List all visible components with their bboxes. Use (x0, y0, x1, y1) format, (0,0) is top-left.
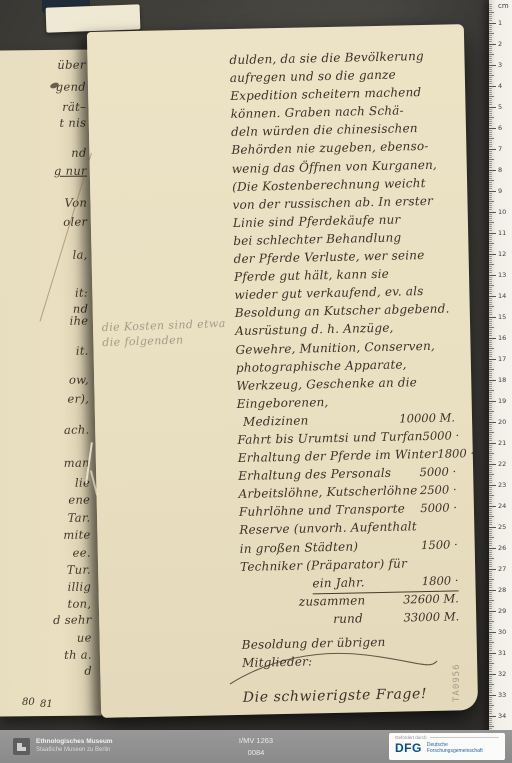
ruler-mm-tick (489, 352, 492, 353)
ruler-cm-tick (489, 44, 496, 45)
ruler-half-cm-tick (489, 453, 494, 454)
dfg-abbreviation: DFG (395, 741, 422, 755)
ruler-mm-tick (489, 10, 492, 11)
ruler-half-cm-tick (489, 411, 494, 412)
ruler-mm-tick (489, 671, 492, 672)
ruler-mm-tick (489, 29, 492, 30)
ruler-half-cm-tick (489, 327, 494, 328)
left-page-fragment: it: (75, 286, 88, 300)
ruler-mm-tick (489, 592, 492, 593)
ruler-mm-tick (489, 272, 492, 273)
ruler-mm-tick (489, 350, 492, 351)
ruler-mm-tick (489, 281, 492, 282)
ruler-mm-tick (489, 363, 492, 364)
manuscript-line-text: photographische Apparate, (236, 357, 407, 375)
ruler-mm-tick (489, 262, 492, 263)
ruler-mm-tick (489, 235, 492, 236)
ruler-mm-tick (489, 449, 492, 450)
ruler-cm-tick (489, 296, 496, 297)
ruler-mm-tick (489, 279, 492, 280)
ruler-half-cm-tick (489, 432, 494, 433)
ruler-cm-tick (489, 275, 496, 276)
ruler-mm-tick (489, 83, 492, 84)
manuscript-line-text: rund (333, 611, 363, 626)
ruler-cm-label: 24 (498, 502, 506, 510)
ruler-mm-tick (489, 619, 492, 620)
ruler-cm-label: 16 (498, 334, 506, 342)
ruler-mm-tick (489, 354, 492, 355)
ruler-mm-tick (489, 707, 492, 708)
manuscript-line-text: Erhaltung der Pferde im Winter (238, 447, 438, 465)
ruler-cm-tick (489, 485, 496, 486)
ruler-mm-tick (489, 686, 492, 687)
manuscript-line-text: Eingeborenen, (237, 395, 329, 411)
ruler-half-cm-tick (489, 54, 494, 55)
ruler-mm-tick (489, 667, 492, 668)
ruler-mm-tick (489, 470, 492, 471)
ruler-mm-tick (489, 123, 492, 124)
archive-stamp: TA0956 (452, 663, 462, 702)
ruler-mm-tick (489, 581, 492, 582)
left-page-fragment: d (84, 664, 92, 678)
manuscript-line-amount: 1800 · (437, 446, 474, 461)
ruler-mm-tick (489, 564, 492, 565)
ruler-mm-tick (489, 615, 492, 616)
funder-divider (430, 737, 499, 738)
ruler-mm-tick (489, 644, 492, 645)
ruler-mm-tick (489, 713, 492, 714)
ruler-cm-label: 29 (498, 607, 506, 615)
ruler-mm-tick (489, 56, 492, 57)
ruler-mm-tick (489, 71, 492, 72)
left-page-fragment: la, (72, 248, 87, 262)
ruler-mm-tick (489, 230, 492, 231)
ruler-cm-tick (489, 254, 496, 255)
manuscript-line-text: bei schlechter Behandlung (233, 230, 401, 248)
ruler-mm-tick (489, 77, 492, 78)
ruler-mm-tick (489, 640, 492, 641)
manuscript-line-amount: 5000 · (420, 501, 457, 516)
ruler-half-cm-tick (489, 663, 494, 664)
ruler-mm-tick (489, 16, 492, 17)
ruler-mm-tick (489, 457, 492, 458)
manuscript-line-text: dulden, da sie die Bevölkerung (229, 49, 424, 67)
ruler-mm-tick (489, 669, 492, 670)
left-page-fragment: gend (56, 80, 86, 94)
manuscript-line-text: Linie sind Pferdekäufe nur (233, 212, 401, 230)
ruler-cm-tick (489, 632, 496, 633)
ruler-mm-tick (489, 314, 492, 315)
ruler-cm-tick (489, 422, 496, 423)
left-page-fragment: ow, (69, 373, 89, 387)
ruler-mm-tick (489, 697, 492, 698)
ruler-mm-tick (489, 487, 492, 488)
ruler-mm-tick (489, 100, 492, 101)
ruler-mm-tick (489, 207, 492, 208)
ruler-mm-tick (489, 226, 492, 227)
ruler-mm-tick (489, 39, 492, 40)
manuscript-line-amount: 1800 · (422, 573, 459, 588)
ruler-cm-tick (489, 338, 496, 339)
ruler-mm-tick (489, 613, 492, 614)
ruler-mm-tick (489, 178, 492, 179)
manuscript-line-text: Techniker (Präparator) für (240, 556, 407, 573)
manuscript-line-text: wieder gut verkaufend, ev. als (234, 284, 423, 302)
manuscript-line-text: (Die Kostenberechnung weicht (232, 176, 426, 194)
ruler-half-cm-tick (489, 159, 494, 160)
left-page-fragment: g nur (54, 164, 87, 178)
ruler-mm-tick (489, 617, 492, 618)
ruler-mm-tick (489, 199, 492, 200)
ruler-mm-tick (489, 325, 492, 326)
left-page-fragment: über (57, 58, 85, 72)
ruler-mm-tick (489, 69, 492, 70)
ruler-mm-tick (489, 329, 492, 330)
ruler-mm-tick (489, 323, 492, 324)
ruler-mm-tick (489, 304, 492, 305)
ruler-mm-tick (489, 497, 492, 498)
manuscript-line-text: Fahrt bis Urumtsi und Turfan (237, 429, 422, 447)
ruler-cm-label: 4 (498, 82, 502, 90)
ruler-mm-tick (489, 136, 492, 137)
ruler-mm-tick (489, 260, 492, 261)
ruler-cm-tick (489, 149, 496, 150)
ruler-mm-tick (489, 6, 492, 7)
ruler-mm-tick (489, 321, 492, 322)
ruler-mm-tick (489, 268, 492, 269)
ruler-mm-tick (489, 35, 492, 36)
ruler-mm-tick (489, 426, 492, 427)
ruler-mm-tick (489, 480, 492, 481)
ruler-mm-tick (489, 699, 492, 700)
ruler-mm-tick (489, 556, 492, 557)
ruler-mm-tick (489, 629, 492, 630)
ruler-mm-tick (489, 608, 492, 609)
ruler-mm-tick (489, 472, 492, 473)
left-page-fragment: oler (63, 215, 87, 229)
ruler-mm-tick (489, 367, 492, 368)
manuscript-line-text: ein Jahr. (312, 575, 365, 590)
ruler-mm-tick (489, 566, 492, 567)
ruler-mm-tick (489, 476, 492, 477)
manuscript-line-text: von der russischen ab. In erster (232, 194, 433, 212)
ruler-mm-tick (489, 239, 492, 240)
ruler-mm-tick (489, 331, 492, 332)
ruler-half-cm-tick (489, 222, 494, 223)
ruler-mm-tick (489, 692, 492, 693)
ruler-mm-tick (489, 596, 492, 597)
ruler-half-cm-tick (489, 537, 494, 538)
manuscript-line-amount: 2500 · (420, 483, 457, 498)
ruler-cm-tick (489, 128, 496, 129)
ruler-cm-tick (489, 716, 496, 717)
ruler-mm-tick (489, 134, 492, 135)
ruler-mm-tick (489, 153, 492, 154)
ruler-mm-tick (489, 308, 492, 309)
ruler-mm-tick (489, 92, 492, 93)
ruler-cm-tick (489, 380, 496, 381)
ruler-mm-tick (489, 256, 492, 257)
ruler-cm-tick (489, 317, 496, 318)
manuscript-line-text: in großen Städten) (240, 539, 359, 555)
ruler-mm-tick (489, 407, 492, 408)
left-page-fragment: mite (63, 528, 90, 542)
ruler-mm-tick (489, 155, 492, 156)
scan-page-number: 0084 (239, 747, 273, 758)
ruler-cm-label: 3 (498, 61, 502, 69)
ruler-mm-tick (489, 688, 492, 689)
ruler-mm-tick (489, 186, 492, 187)
left-page-fragment: Tur. (67, 563, 91, 577)
ruler-mm-tick (489, 132, 492, 133)
ruler-mm-tick (489, 514, 492, 515)
ruler-mm-tick (489, 512, 492, 513)
ruler-mm-tick (489, 701, 492, 702)
ruler-mm-tick (489, 594, 492, 595)
ruler-mm-tick (489, 228, 492, 229)
left-page-fragment: d sehr (53, 613, 92, 627)
ruler-mm-tick (489, 531, 492, 532)
museum-subtitle: Staatliche Museen zu Berlin (36, 747, 113, 755)
ruler-mm-tick (489, 560, 492, 561)
ruler-cm-label: 11 (498, 229, 506, 237)
ruler-mm-tick (489, 466, 492, 467)
ruler-mm-tick (489, 722, 492, 723)
ruler-mm-tick (489, 289, 492, 290)
left-page-fragment: t nis (59, 116, 86, 130)
museum-branding: Ethnologisches Museum Staatliche Museen … (13, 738, 113, 755)
ruler-mm-tick (489, 398, 492, 399)
ruler-mm-tick (489, 491, 492, 492)
ruler-mm-tick (489, 598, 492, 599)
manuscript-line-text: wenig das Öffnen von Kurganen, (232, 157, 438, 175)
ruler-cm-tick (489, 653, 496, 654)
ruler-mm-tick (489, 409, 492, 410)
ruler-cm-tick (489, 674, 496, 675)
manuscript-line-amount: 33000 M. (403, 609, 459, 624)
ruler-mm-tick (489, 655, 492, 656)
ruler-mm-tick (489, 67, 492, 68)
ruler-mm-tick (489, 50, 492, 51)
ruler-mm-tick (489, 209, 492, 210)
ruler-cm-label: 23 (498, 481, 506, 489)
manuscript-text: dulden, da sie die Bevölkerungaufregen u… (229, 48, 461, 708)
ruler-mm-tick (489, 81, 492, 82)
ruler-mm-tick (489, 161, 492, 162)
ruler-mm-tick (489, 518, 492, 519)
ruler-cm-label: 7 (498, 145, 502, 153)
ruler-cm-tick (489, 527, 496, 528)
manuscript-line-text: Medizinen (243, 413, 309, 428)
ruler-mm-tick (489, 625, 492, 626)
ruler-mm-tick (489, 419, 492, 420)
left-page-fragment: er), (67, 392, 89, 406)
ruler-mm-tick (489, 121, 492, 122)
manuscript-line-text: Behörden nie zugeben, ebenso- (231, 139, 428, 157)
ruler-mm-tick (489, 88, 492, 89)
ruler-cm-label: 12 (498, 250, 506, 258)
paper-tab (46, 4, 141, 32)
ruler-mm-tick (489, 386, 492, 387)
ruler-mm-tick (489, 583, 492, 584)
ruler-mm-tick (489, 585, 492, 586)
ruler-mm-tick (489, 333, 492, 334)
ruler-mm-tick (489, 424, 492, 425)
manuscript-line-text: Ausrüstung d. h. Anzüge, (235, 321, 394, 338)
manuscript-line-text: deln würden die chinesischen (231, 121, 418, 139)
left-page-fragment: ach. (64, 423, 90, 437)
ruler-mm-tick (489, 493, 492, 494)
manuscript-line-text: der Pferde Verluste, wer seine (233, 248, 424, 266)
ruler-cm-tick (489, 191, 496, 192)
ruler-mm-tick (489, 344, 492, 345)
ruler-mm-tick (489, 8, 492, 9)
ruler-mm-tick (489, 638, 492, 639)
ruler-mm-tick (489, 90, 492, 91)
ruler-mm-tick (489, 661, 492, 662)
ruler-mm-tick (489, 247, 492, 248)
ruler-mm-tick (489, 4, 492, 5)
ruler-mm-tick (489, 436, 492, 437)
ruler-cm-label: 32 (498, 670, 506, 678)
ruler-mm-tick (489, 224, 492, 225)
ruler-mm-tick (489, 241, 492, 242)
manuscript-line-amount: 10000 M. (399, 410, 455, 425)
ruler-mm-tick (489, 182, 492, 183)
ruler-mm-tick (489, 109, 492, 110)
ruler-mm-tick (489, 508, 492, 509)
ruler-mm-tick (489, 396, 492, 397)
ruler-cm-tick (489, 548, 496, 549)
ruler-cm-label: 25 (498, 523, 506, 531)
ruler-mm-tick (489, 216, 492, 217)
ruler-mm-tick (489, 361, 492, 362)
ruler-mm-tick (489, 283, 492, 284)
ruler-mm-tick (489, 104, 492, 105)
manuscript-line-text: Reserve (unvorh. Aufenthalt (239, 520, 417, 538)
ruler-mm-tick (489, 529, 492, 530)
ruler-mm-tick (489, 552, 492, 553)
ruler-mm-tick (489, 430, 492, 431)
ruler-mm-tick (489, 489, 492, 490)
manuscript-line-text: Pferde gut hält, kann sie (234, 267, 389, 284)
ruler-mm-tick (489, 125, 492, 126)
ruler-mm-tick (489, 140, 492, 141)
ruler-half-cm-tick (489, 495, 494, 496)
ruler-mm-tick (489, 659, 492, 660)
ruler-mm-tick (489, 648, 492, 649)
ruler-mm-tick (489, 665, 492, 666)
ruler-unit-label: cm (498, 2, 509, 10)
manuscript-line-text: Gewehre, Munition, Conserven, (235, 338, 435, 356)
ruler-mm-tick (489, 377, 492, 378)
ruler-mm-tick (489, 119, 492, 120)
ruler-mm-tick (489, 627, 492, 628)
ruler-mm-tick (489, 142, 492, 143)
ruler-mm-tick (489, 520, 492, 521)
left-page-fragment: ue (77, 631, 92, 645)
ruler-mm-tick (489, 575, 492, 576)
left-page-fragment: man (64, 456, 90, 470)
ruler-mm-tick (489, 172, 492, 173)
ruler-mm-tick (489, 319, 492, 320)
ruler-half-cm-tick (489, 243, 494, 244)
ruler-mm-tick (489, 602, 492, 603)
ruler-mm-tick (489, 335, 492, 336)
ruler-cm-tick (489, 590, 496, 591)
ruler-mm-tick (489, 98, 492, 99)
ruler-cm-label: 22 (498, 460, 506, 468)
ruler-mm-tick (489, 249, 492, 250)
ruler-mm-tick (489, 14, 492, 15)
ruler-mm-tick (489, 312, 492, 313)
ruler-mm-tick (489, 346, 492, 347)
manuscript-line-text: können. Graben nach Schä- (230, 104, 404, 122)
ruler-mm-tick (489, 709, 492, 710)
ruler-mm-tick (489, 27, 492, 28)
ruler-mm-tick (489, 73, 492, 74)
ruler-mm-tick (489, 606, 492, 607)
manuscript-page: dulden, da sie die Bevölkerungaufregen u… (87, 24, 478, 718)
ruler-half-cm-tick (489, 726, 494, 727)
ruler-mm-tick (489, 62, 492, 63)
ruler-mm-tick (489, 503, 492, 504)
manuscript-line-text: Expedition scheitern machend (230, 85, 421, 103)
ruler-cm-label: 15 (498, 313, 506, 321)
ruler-mm-tick (489, 562, 492, 563)
ruler-mm-tick (489, 690, 492, 691)
ruler-cm-label: 13 (498, 271, 506, 279)
ruler-mm-tick (489, 678, 492, 679)
ruler-half-cm-tick (489, 138, 494, 139)
ruler-cm-label: 34 (498, 712, 506, 720)
ruler-mm-tick (489, 197, 492, 198)
ruler-mm-tick (489, 646, 492, 647)
ruler-mm-tick (489, 482, 492, 483)
ruler-half-cm-tick (489, 117, 494, 118)
ruler-half-cm-tick (489, 306, 494, 307)
ruler-mm-tick (489, 571, 492, 572)
ruler-mm-tick (489, 18, 492, 19)
ruler-cm-tick (489, 443, 496, 444)
ruler-mm-tick (489, 20, 492, 21)
ruler-cm-tick (489, 212, 496, 213)
ruler-mm-tick (489, 130, 492, 131)
ruler-mm-tick (489, 41, 492, 42)
ruler-cm-label: 5 (498, 103, 502, 111)
ruler: cm 1234567891011121314151617181920212223… (489, 0, 512, 740)
ruler-mm-tick (489, 451, 492, 452)
ruler-mm-tick (489, 113, 492, 114)
ruler-cm-label: 28 (498, 586, 506, 594)
ruler-mm-tick (489, 577, 492, 578)
page-number-ink-80: 80 (22, 697, 35, 708)
ruler-cm-tick (489, 86, 496, 87)
ruler-mm-tick (489, 174, 492, 175)
ruler-mm-tick (489, 165, 492, 166)
ruler-mm-tick (489, 545, 492, 546)
ruler-mm-tick (489, 46, 492, 47)
ruler-mm-tick (489, 52, 492, 53)
ruler-cm-label: 30 (498, 628, 506, 636)
ruler-half-cm-tick (489, 579, 494, 580)
ruler-mm-tick (489, 270, 492, 271)
ruler-mm-tick (489, 468, 492, 469)
ruler-cm-tick (489, 23, 496, 24)
manuscript-line-amount: 5000 · (419, 465, 456, 480)
ruler-mm-tick (489, 203, 492, 204)
left-page-fragment: th a. (64, 648, 92, 662)
